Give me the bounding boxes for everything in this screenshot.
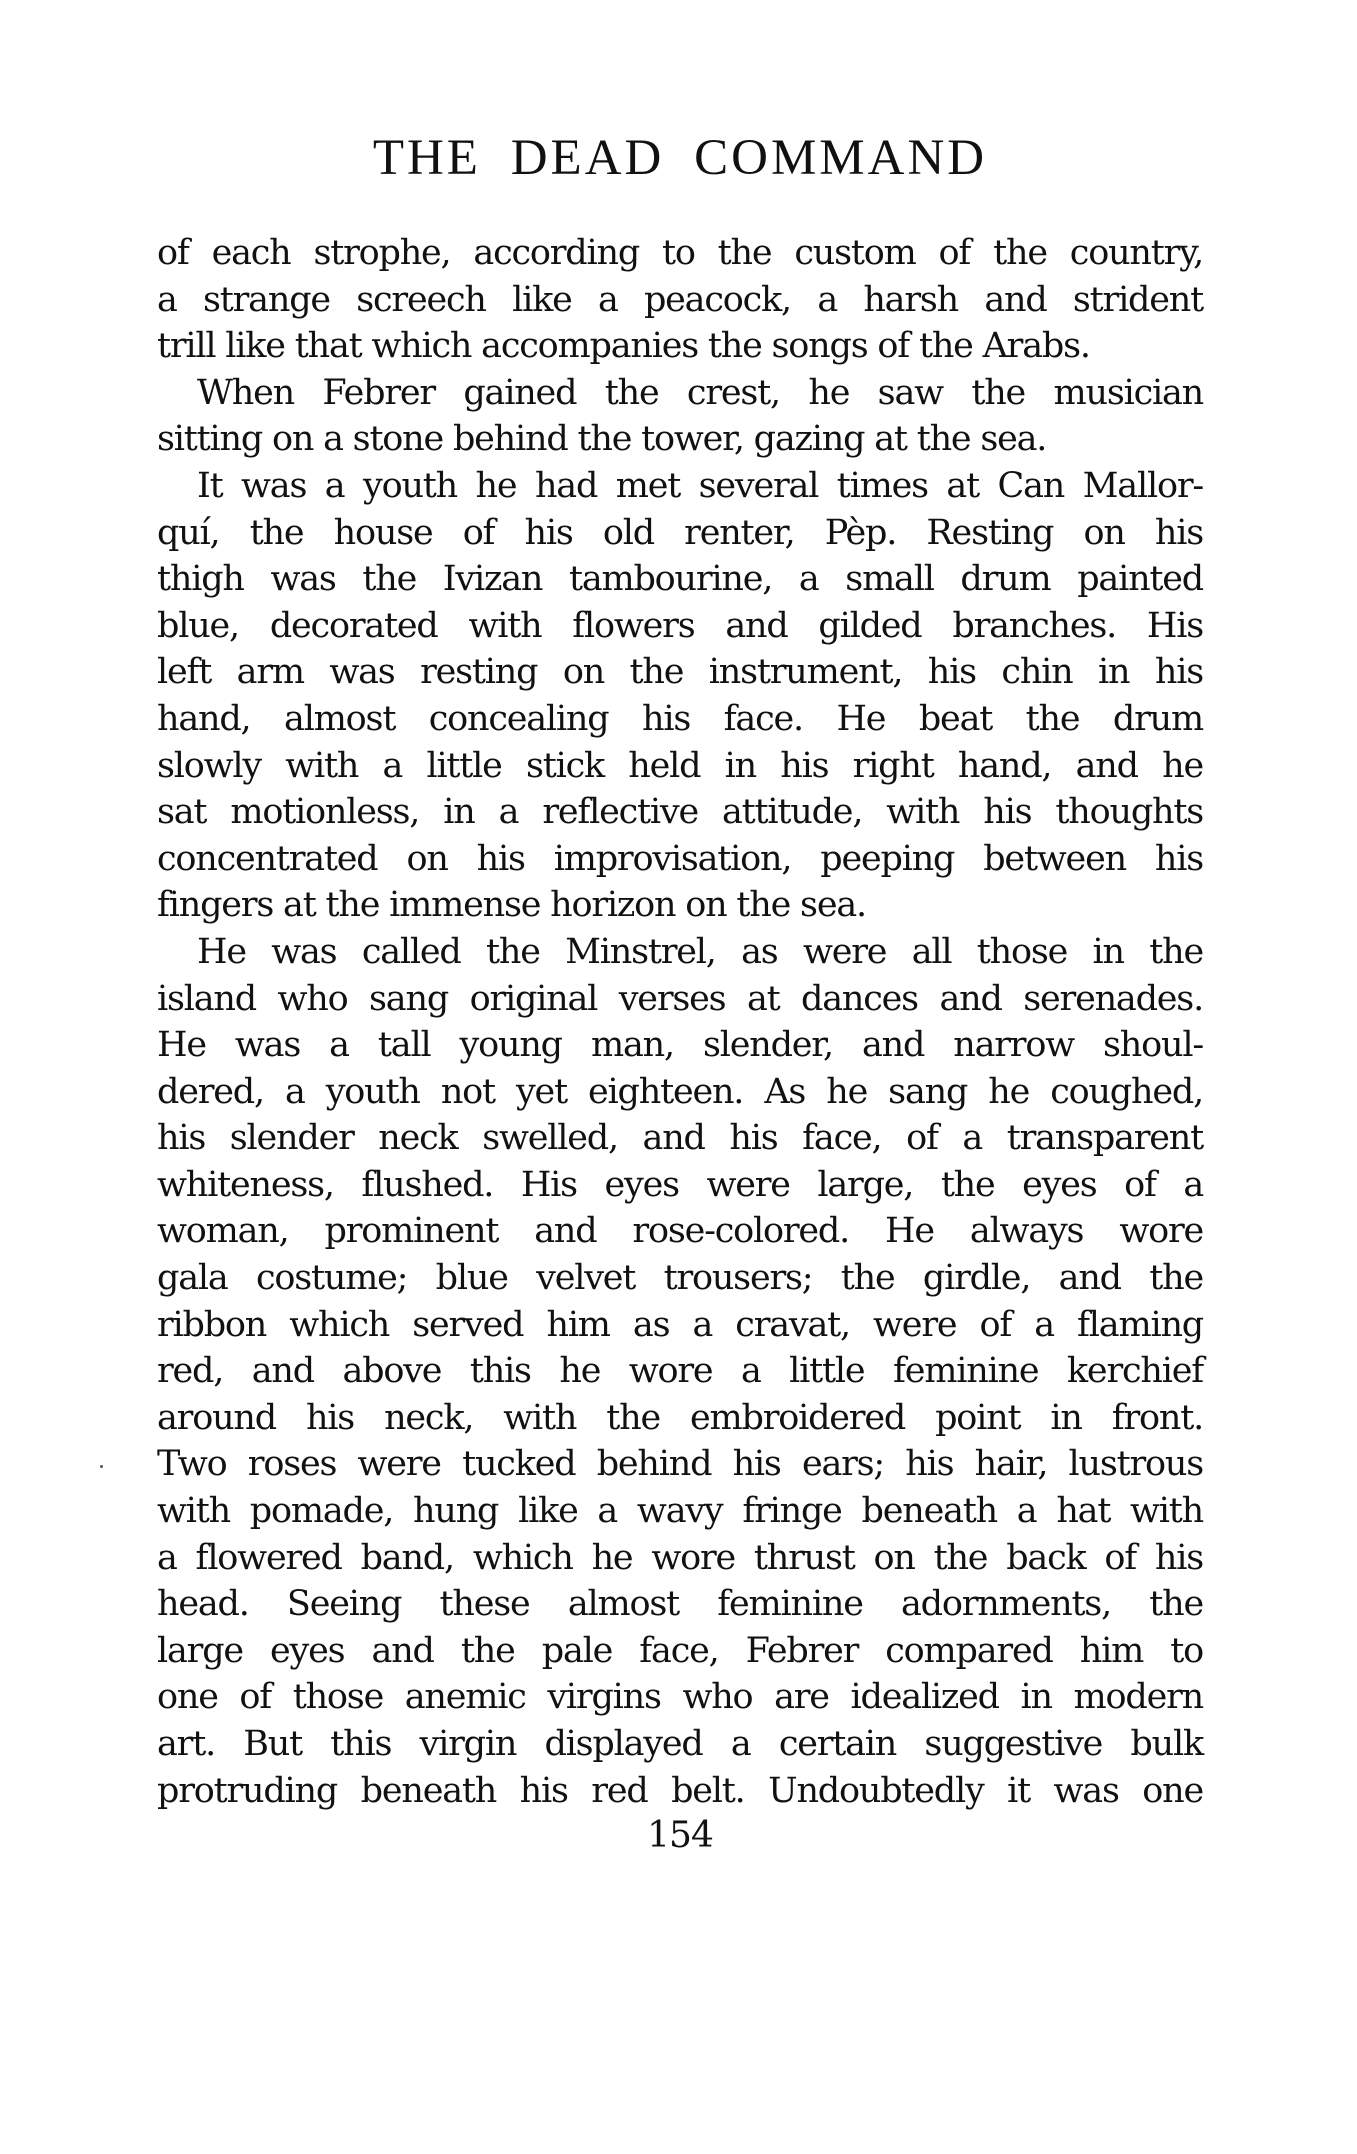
text-line: his slender neck swelled, and his face, …: [157, 1115, 1203, 1162]
text-line: left arm was resting on the instrument, …: [157, 649, 1203, 696]
text-line: concentrated on his improvisation, peepi…: [157, 836, 1203, 883]
running-head-title: THE DEAD COMMAND: [157, 128, 1203, 188]
text-line: fingers at the immense horizon on the se…: [157, 882, 1203, 929]
text-line: hand, almost concealing his face. He bea…: [157, 696, 1203, 743]
text-line: a flowered band, which he wore thrust on…: [157, 1535, 1203, 1582]
text-line: blue, decorated with flowers and gilded …: [157, 603, 1203, 650]
text-line: a strange screech like a peacock, a hars…: [157, 277, 1203, 324]
text-line: gala costume; blue velvet trousers; the …: [157, 1255, 1203, 1302]
text-line: slowly with a little stick held in his r…: [157, 743, 1203, 790]
text-line: When Febrer gained the crest, he saw the…: [157, 370, 1203, 417]
text-line: art. But this virgin displayed a certain…: [157, 1721, 1203, 1768]
text-line: large eyes and the pale face, Febrer com…: [157, 1628, 1203, 1675]
text-line: whiteness, flushed. His eyes were large,…: [157, 1162, 1203, 1209]
text-line: red, and above this he wore a little fem…: [157, 1348, 1203, 1395]
book-page: THE DEAD COMMAND of each strophe, accord…: [0, 0, 1357, 2154]
text-line: He was a tall young man, slender, and na…: [157, 1022, 1203, 1069]
body-text: of each strophe, according to the custom…: [157, 230, 1203, 1814]
text-line: ribbon which served him as a cravat, wer…: [157, 1302, 1203, 1349]
text-line: thigh was the Ivizan tambourine, a small…: [157, 556, 1203, 603]
text-line: He was called the Minstrel, as were all …: [157, 929, 1203, 976]
text-line: woman, prominent and rose-colored. He al…: [157, 1208, 1203, 1255]
text-line: It was a youth he had met several times …: [157, 463, 1203, 510]
text-line: one of those anemic virgins who are idea…: [157, 1674, 1203, 1721]
text-line: island who sang original verses at dance…: [157, 976, 1203, 1023]
text-line: sat motionless, in a reflective attitude…: [157, 789, 1203, 836]
text-line: protruding beneath his red belt. Undoubt…: [157, 1768, 1203, 1815]
text-line: sitting on a stone behind the tower, gaz…: [157, 416, 1203, 463]
text-line: with pomade, hung like a wavy fringe ben…: [157, 1488, 1203, 1535]
text-line: around his neck, with the embroidered po…: [157, 1395, 1203, 1442]
text-line: of each strophe, according to the custom…: [157, 230, 1203, 277]
text-line: trill like that which accompanies the so…: [157, 323, 1203, 370]
scan-speck: [100, 1465, 103, 1468]
text-line: dered, a youth not yet eighteen. As he s…: [157, 1069, 1203, 1116]
page-number: 154: [157, 1814, 1203, 1858]
text-line: Two roses were tucked behind his ears; h…: [157, 1441, 1203, 1488]
text-line: head. Seeing these almost feminine adorn…: [157, 1581, 1203, 1628]
text-line: quí, the house of his old renter, Pèp. R…: [157, 510, 1203, 557]
